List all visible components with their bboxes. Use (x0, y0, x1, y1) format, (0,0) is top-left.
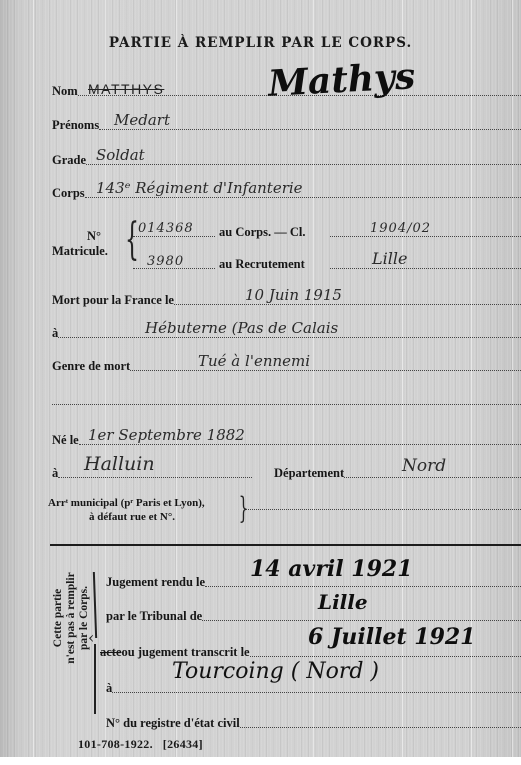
sidebar-note: Cette partie n'est pas à remplir par le … (52, 558, 91, 678)
value-matricule-corps[interactable]: 014368 (138, 222, 194, 235)
field-departement: Département (274, 466, 521, 480)
value-classe[interactable]: 1904/02 (370, 222, 431, 235)
value-lieu-mort[interactable]: Hébuterne (Pas de Calais (145, 321, 338, 336)
label-matricule-no: N° (87, 229, 101, 243)
form-title: PARTIE À REMPLIR PAR LE CORPS. (0, 35, 521, 51)
label-registre: N° du registre d'état civil (106, 716, 240, 730)
label-transcrit-struck: acte (100, 645, 122, 659)
label-naissance: Né le (52, 433, 79, 447)
value-lieu-naissance[interactable]: Halluin (84, 455, 155, 474)
label-departement: Département (274, 466, 344, 480)
scan-streak (105, 0, 106, 757)
value-recrutement-place[interactable]: Lille (372, 251, 407, 267)
form-reference: 101-708-1922. [26434] (78, 737, 203, 752)
sidebar-note-line: Cette partie (52, 558, 65, 678)
value-date-mort[interactable]: 10 Juin 1915 (245, 288, 342, 303)
value-corps[interactable]: 143ᵉ Régiment d'Infanterie (96, 181, 303, 196)
label-corps: Corps (52, 186, 85, 200)
leader-line (330, 236, 521, 237)
label-grade: Grade (52, 153, 86, 167)
leader-line (133, 236, 215, 237)
value-genre-mort[interactable]: Tué à l'ennemi (198, 354, 310, 369)
scan-streak (33, 0, 34, 757)
value-date-naissance[interactable]: 1er Septembre 1882 (88, 428, 245, 443)
label-mort: Mort pour la France le (52, 293, 174, 307)
blank-leader-line (52, 404, 521, 405)
label-arrondissement-sub: à défaut rue et N°. (89, 510, 175, 524)
value-matricule-recrutement[interactable]: 3980 (147, 255, 184, 268)
label-jugement-rendu: Jugement rendu le (106, 575, 205, 589)
value-transcrit[interactable]: 6 Juillet 1921 (308, 626, 476, 648)
leader-line (86, 163, 521, 165)
label-genre-mort: Genre de mort (52, 359, 130, 373)
value-prenoms[interactable]: Medart (114, 113, 170, 128)
form-sheet: PARTIE À REMPLIR PAR LE CORPS. Nom MATTH… (0, 0, 521, 757)
label-nom: Nom (52, 84, 78, 98)
leader-line (174, 303, 521, 305)
label-matricule: Matricule. (52, 244, 108, 258)
leader-line[interactable] (246, 509, 521, 510)
brace-matricule: { (125, 218, 139, 262)
leader-line (240, 726, 521, 728)
label-arrondissement: Arrᵗ municipal (pʳ Paris et Lyon), (48, 496, 205, 510)
field-registre: N° du registre d'état civil (106, 716, 521, 730)
scan-streak (512, 0, 513, 757)
leader-line (112, 691, 521, 693)
leader-line (344, 476, 521, 478)
label-tribunal: par le Tribunal de (106, 609, 202, 623)
value-lieu-transcription[interactable]: Tourcoing ( Nord ) (172, 661, 379, 683)
sidebar-note-line: n'est pas à remplir (65, 558, 78, 678)
field-tribunal: par le Tribunal de (106, 609, 521, 623)
value-tribunal[interactable]: Lille (318, 592, 368, 612)
value-departement[interactable]: Nord (402, 458, 446, 475)
value-jugement-rendu[interactable]: 14 avril 1921 (250, 558, 413, 580)
label-recrutement: au Recrutement (219, 257, 305, 271)
brace-tip: ‹ (88, 630, 94, 646)
label-prenoms: Prénoms (52, 118, 99, 132)
leader-line (202, 619, 521, 621)
label-au-corps: au Corps. — Cl. (219, 225, 305, 239)
leader-line (58, 476, 252, 478)
section-separator (50, 544, 521, 546)
leader-line (250, 655, 521, 657)
label-transcrit: acteou jugement transcrit le (100, 645, 250, 659)
value-grade[interactable]: Soldat (96, 148, 145, 163)
handwritten-name[interactable]: Mathys (267, 58, 416, 102)
sidebar-note-line: par le Corps. (78, 558, 91, 678)
typed-name-struck[interactable]: MATTHYS (88, 82, 164, 96)
brace-jugement-bottom (94, 644, 96, 714)
label-transcrit-text: ou jugement transcrit le (122, 645, 250, 659)
leader-line (205, 585, 521, 587)
leader-line (130, 369, 521, 371)
scan-streak (176, 0, 177, 757)
leader-line (330, 268, 521, 269)
